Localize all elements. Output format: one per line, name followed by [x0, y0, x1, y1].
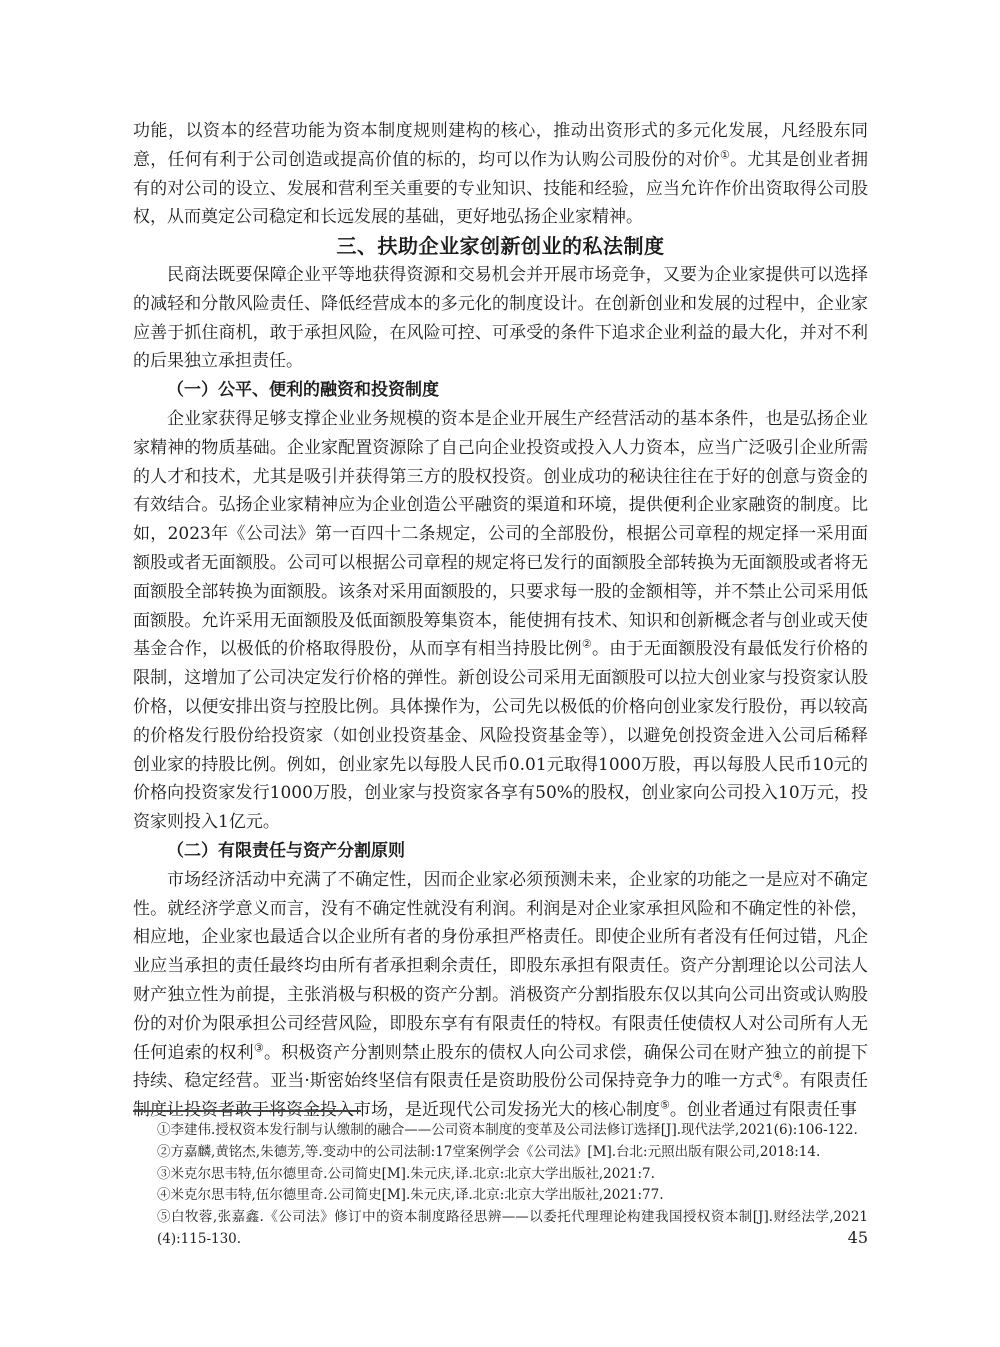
article-body: 功能，以资本的经营功能为资本制度规则建构的核心，推动出资形式的多元化发展，凡经股…: [133, 117, 868, 1125]
footnote-list: ①李建伟.授权资本发行制与认缴制的融合——公司资本制度的变革及公司法修订选择[J…: [133, 1120, 868, 1251]
body-paragraph: 民商法既要保障企业平等地获得资源和交易机会并开展市场竞争，又要为企业家提供可以选…: [133, 261, 868, 376]
footnote-text: 方嘉麟,黄铭杰,朱德芳,等.变动中的公司法制:17堂案例学会《公司法》[M].台…: [171, 1144, 821, 1160]
footnote-text: 白牧蓉,张嘉鑫.《公司法》修订中的资本制度路径思辨——以委托代理理论构建我国授权…: [157, 1209, 868, 1247]
footnote-separator: [133, 1110, 361, 1112]
footnote-marker: ③: [157, 1166, 171, 1182]
subsection-heading: （一）公平、便利的融资和投资制度: [133, 376, 868, 405]
footnote-text: 米克尔思韦特,伍尔德里奇.公司简史[M].朱元庆,译.北京:北京大学出版社,20…: [171, 1166, 655, 1182]
body-paragraph: 功能，以资本的经营功能为资本制度规则建构的核心，推动出资形式的多元化发展，凡经股…: [133, 117, 868, 232]
footnote-item: ③米克尔思韦特,伍尔德里奇.公司简史[M].朱元庆,译.北京:北京大学出版社,2…: [133, 1164, 868, 1186]
footnote-reference-marker: ②: [582, 638, 592, 651]
body-paragraph: 市场经济活动中充满了不确定性，因而企业家必须预测未来，企业家的功能之一是应对不确…: [133, 866, 868, 1125]
section-heading: 三、扶助企业家创新创业的私法制度: [133, 232, 868, 261]
page-number: 45: [848, 1228, 868, 1247]
footnote-marker: ①: [157, 1122, 171, 1138]
footnote-marker: ②: [157, 1144, 171, 1160]
footnote-text: 米克尔思韦特,伍尔德里奇.公司简史[M].朱元庆,译.北京:北京大学出版社,20…: [171, 1187, 664, 1203]
document-page: 功能，以资本的经营功能为资本制度规则建构的核心，推动出资形式的多元化发展，凡经股…: [0, 0, 1000, 1347]
footnote-reference-marker: ④: [772, 1070, 782, 1083]
footnote-item: ④米克尔思韦特,伍尔德里奇.公司简史[M].朱元庆,译.北京:北京大学出版社,2…: [133, 1185, 868, 1207]
footnote-reference-marker: ①: [720, 148, 730, 161]
footnote-reference-marker: ③: [254, 1041, 264, 1054]
footnote-item: ①李建伟.授权资本发行制与认缴制的融合——公司资本制度的变革及公司法修订选择[J…: [133, 1120, 868, 1142]
footnote-item: ②方嘉麟,黄铭杰,朱德芳,等.变动中的公司法制:17堂案例学会《公司法》[M].…: [133, 1142, 868, 1164]
footnote-text: 李建伟.授权资本发行制与认缴制的融合——公司资本制度的变革及公司法修订选择[J]…: [171, 1122, 858, 1138]
footnote-item: ⑤白牧蓉,张嘉鑫.《公司法》修订中的资本制度路径思辨——以委托代理理论构建我国授…: [133, 1207, 868, 1251]
footnotes: ①李建伟.授权资本发行制与认缴制的融合——公司资本制度的变革及公司法修订选择[J…: [133, 1110, 868, 1251]
subsection-heading: （二）有限责任与资产分割原则: [133, 837, 868, 866]
footnote-marker: ⑤: [157, 1209, 171, 1225]
footnote-marker: ④: [157, 1187, 171, 1203]
body-paragraph: 企业家获得足够支撑企业业务规模的资本是企业开展生产经营活动的基本条件，也是弘扬企…: [133, 405, 868, 837]
